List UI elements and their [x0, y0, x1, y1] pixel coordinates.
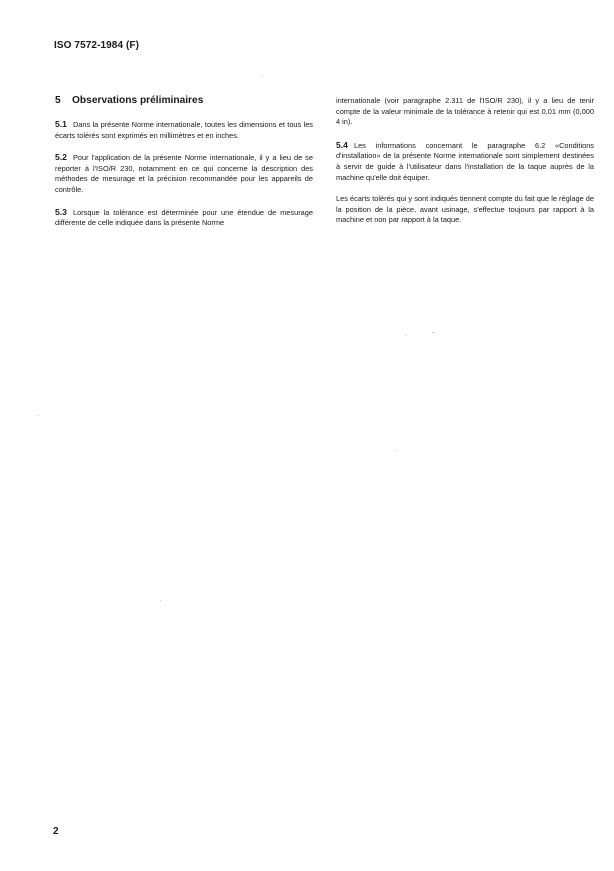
document-header: ISO 7572-1984 (F) — [54, 40, 139, 51]
scan-speck — [396, 450, 397, 451]
scan-speck — [432, 332, 434, 333]
section-number: 5 — [55, 95, 72, 107]
paragraph-number: 5.2 — [55, 152, 67, 162]
paragraph-5-3: 5.3Lorsque la tolérance est déterminée p… — [55, 207, 313, 229]
paragraph-5-1: 5.1Dans la présente Norme internationale… — [55, 119, 313, 141]
scan-speck — [160, 600, 161, 601]
document-page: ISO 7572-1984 (F) 5Observations prélimin… — [0, 0, 614, 871]
scan-speck — [262, 75, 263, 76]
paragraph-text: Lorsque la tolérance est déterminée pour… — [55, 208, 313, 228]
left-column: 5Observations préliminaires 5.1Dans la p… — [55, 95, 313, 240]
section-heading: 5Observations préliminaires — [55, 95, 313, 107]
paragraph-text: Les informations concernant le paragraph… — [336, 141, 594, 182]
paragraph-text: Les écarts tolérés qui y sont indiqués t… — [336, 194, 594, 224]
page-number: 2 — [53, 826, 59, 837]
paragraph-text: Pour l'application de la présente Norme … — [55, 153, 313, 194]
paragraph-5-3-continuation: internationale (voir paragraphe 2.311 de… — [336, 96, 594, 128]
paragraph-number: 5.4 — [336, 140, 348, 150]
paragraph-number: 5.1 — [55, 119, 67, 129]
section-title: Observations préliminaires — [72, 95, 203, 106]
paragraph-number: 5.3 — [55, 207, 67, 217]
right-column: internationale (voir paragraphe 2.311 de… — [336, 96, 594, 237]
scan-speck — [405, 335, 406, 336]
paragraph-text: Dans la présente Norme internationale, t… — [55, 120, 313, 140]
scan-speck — [38, 415, 39, 416]
paragraph-5-4-note: Les écarts tolérés qui y sont indiqués t… — [336, 194, 594, 226]
paragraph-5-2: 5.2Pour l'application de la présente Nor… — [55, 152, 313, 195]
paragraph-5-4: 5.4Les informations concernant le paragr… — [336, 140, 594, 183]
